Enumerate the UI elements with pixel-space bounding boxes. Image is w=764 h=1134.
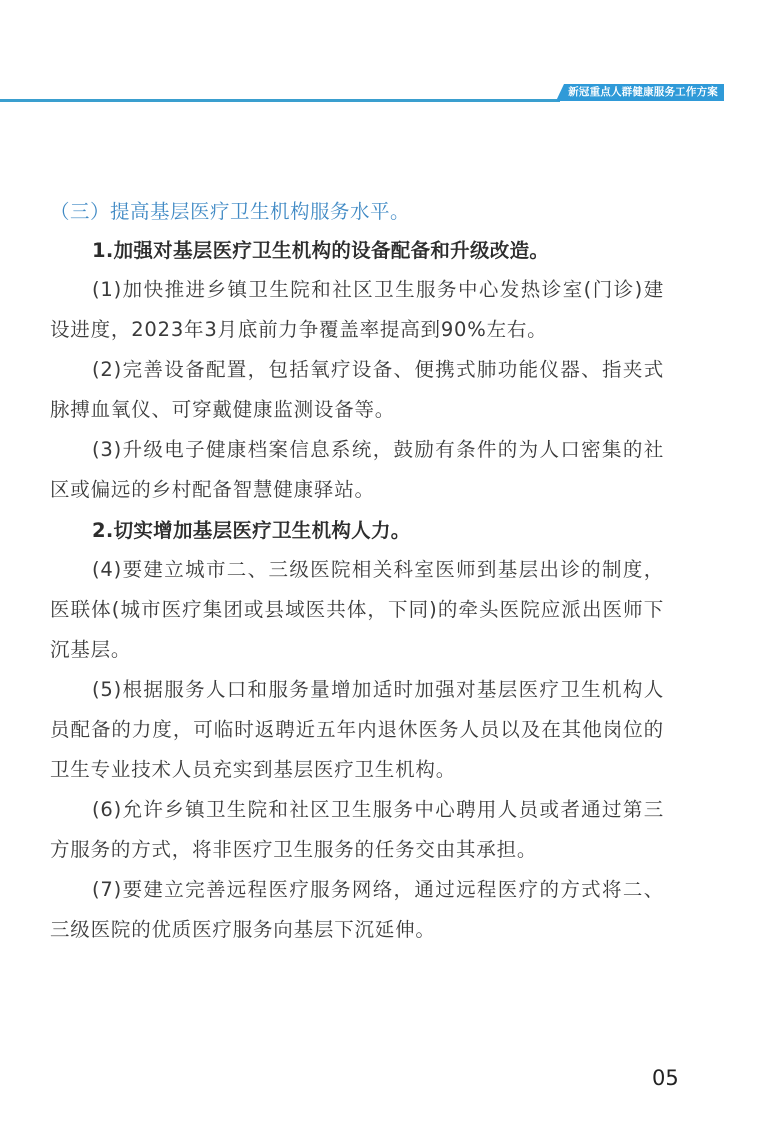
paragraph-item-5: (5)根据服务人口和服务量增加适时加强对基层医疗卫生机构人员配备的力度，可临时返… [50,670,664,790]
paragraph-item-2: (2)完善设备配置，包括氧疗设备、便携式肺功能仪器、指夹式脉搏血氧仪、可穿戴健康… [50,350,664,430]
paragraph-item-1: (1)加快推进乡镇卫生院和社区卫生服务中心发热诊室(门诊)建设进度，2023年3… [50,270,664,350]
header-banner: 新冠重点人群健康服务工作方案 [556,84,724,101]
paragraph-item-4: (4)要建立城市二、三级医院相关科室医师到基层出诊的制度，医联体(城市医疗集团或… [50,550,664,670]
paragraph-item-6: (6)允许乡镇卫生院和社区卫生服务中心聘用人员或者通过第三方服务的方式，将非医疗… [50,790,664,870]
subsection-heading-2: 2.切实增加基层医疗卫生机构人力。 [50,512,664,550]
paragraph-item-3: (3)升级电子健康档案信息系统，鼓励有条件的为人口密集的社区或偏远的乡村配备智慧… [50,430,664,510]
page-number: 05 [652,1066,679,1090]
header-rule [0,99,560,102]
document-body: 1.加强对基层医疗卫生机构的设备配备和升级改造。 (1)加快推进乡镇卫生院和社区… [50,232,664,950]
section-title: （三）提高基层医疗卫生机构服务水平。 [50,196,410,224]
subsection-heading-1: 1.加强对基层医疗卫生机构的设备配备和升级改造。 [50,232,664,270]
paragraph-item-7: (7)要建立完善远程医疗服务网络，通过远程医疗的方式将二、三级医院的优质医疗服务… [50,870,664,950]
